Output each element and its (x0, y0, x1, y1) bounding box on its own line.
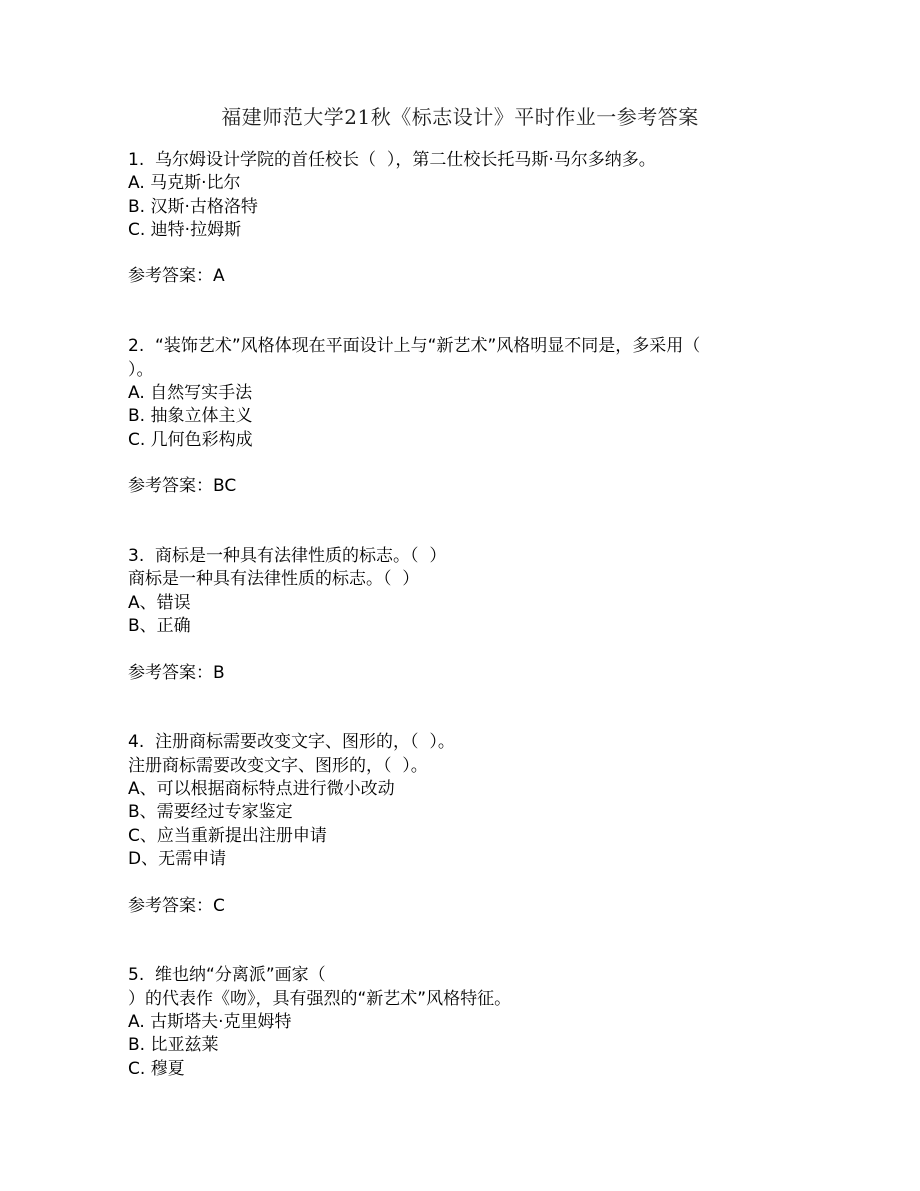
question-text-line: ）。 (128, 359, 810, 382)
reference-answer-value: B (213, 663, 225, 683)
question-text-line: 注册商标需要改变文字、图形的，（ ）。 (128, 755, 810, 778)
reference-answer-value: BC (213, 476, 236, 496)
question-text-line: 2. “装饰艺术”风格体现在平面设计上与“新艺术”风格明显不同是，多采用（ (128, 335, 810, 358)
reference-answer-label: 参考答案： (128, 476, 213, 496)
question-text-line: 3. 商标是一种具有法律性质的标志。（ ） (128, 545, 810, 568)
reference-answer-line: 参考答案：B (128, 662, 810, 685)
option-line: C. 几何色彩构成 (128, 429, 810, 452)
question-text-line: 商标是一种具有法律性质的标志。（ ） (128, 568, 810, 591)
document-page: 福建师范大学21秋《标志设计》平时作业一参考答案 1. 乌尔姆设计学院的首任校长… (0, 0, 920, 1191)
option-line: B、需要经过专家鉴定 (128, 801, 810, 824)
reference-answer-label: 参考答案： (128, 663, 213, 683)
option-line: C、应当重新提出注册申请 (128, 825, 810, 848)
option-line: A、可以根据商标特点进行微小改动 (128, 778, 810, 801)
question-block: 3. 商标是一种具有法律性质的标志。（ ）商标是一种具有法律性质的标志。（ ）A… (128, 545, 810, 685)
question-text-line: 5. 维也纳“分离派”画家（ (128, 964, 810, 987)
option-line: D、无需申请 (128, 848, 810, 871)
question-block: 2. “装饰艺术”风格体现在平面设计上与“新艺术”风格明显不同是，多采用（）。A… (128, 335, 810, 498)
question-text-line: 1. 乌尔姆设计学院的首任校长（ ），第二仕校长托马斯·马尔多纳多。 (128, 149, 810, 172)
question-block: 5. 维也纳“分离派”画家（）的代表作《吻》，具有强烈的“新艺术”风格特征。A.… (128, 964, 810, 1080)
reference-answer-line: 参考答案：A (128, 265, 810, 288)
option-line: C. 穆夏 (128, 1058, 810, 1081)
reference-answer-label: 参考答案： (128, 896, 213, 916)
option-line: A、错误 (128, 592, 810, 615)
option-line: B. 比亚兹莱 (128, 1034, 810, 1057)
reference-answer-value: C (213, 896, 225, 916)
reference-answer-label: 参考答案： (128, 266, 213, 286)
question-block: 1. 乌尔姆设计学院的首任校长（ ），第二仕校长托马斯·马尔多纳多。A. 马克斯… (128, 149, 810, 289)
option-line: B、正确 (128, 615, 810, 638)
question-text-line: ）的代表作《吻》，具有强烈的“新艺术”风格特征。 (128, 988, 810, 1011)
option-line: A. 自然写实手法 (128, 382, 810, 405)
option-line: B. 汉斯·古格洛特 (128, 196, 810, 219)
option-line: A. 马克斯·比尔 (128, 172, 810, 195)
reference-answer-line: 参考答案：BC (128, 475, 810, 498)
question-block: 4. 注册商标需要改变文字、图形的，（ ）。注册商标需要改变文字、图形的，（ ）… (128, 731, 810, 917)
option-line: B. 抽象立体主义 (128, 405, 810, 428)
question-text-line: 4. 注册商标需要改变文字、图形的，（ ）。 (128, 731, 810, 754)
reference-answer-line: 参考答案：C (128, 895, 810, 918)
reference-answer-value: A (213, 266, 225, 286)
document-body: 1. 乌尔姆设计学院的首任校长（ ），第二仕校长托马斯·马尔多纳多。A. 马克斯… (128, 149, 810, 1127)
document-title: 福建师范大学21秋《标志设计》平时作业一参考答案 (0, 103, 920, 131)
option-line: C. 迪特·拉姆斯 (128, 219, 810, 242)
option-line: A. 古斯塔夫·克里姆特 (128, 1011, 810, 1034)
